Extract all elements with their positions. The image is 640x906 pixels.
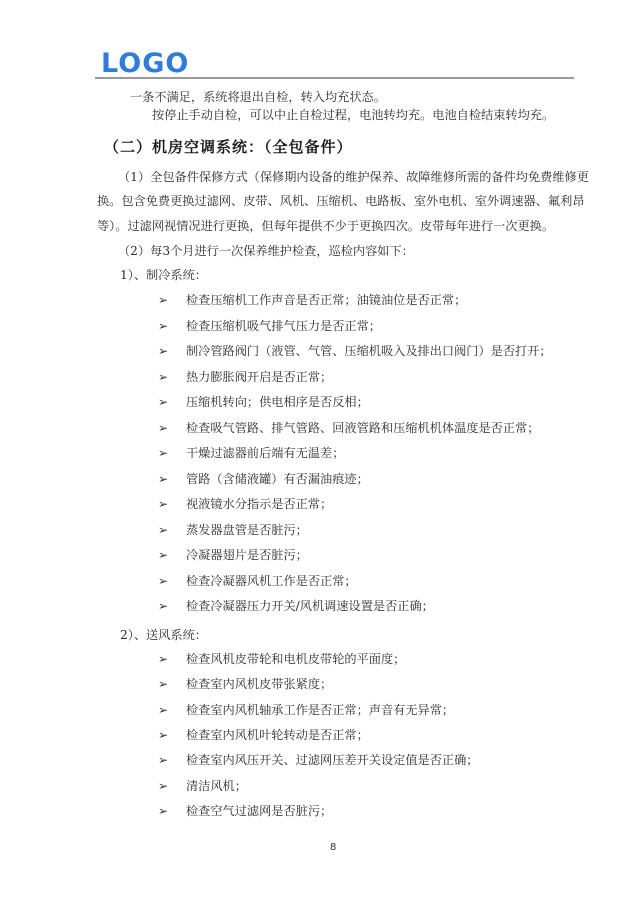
list-item: 制冷管路阀门（液管、气管、压缩机吸入及排出口阀门）是否打开； xyxy=(186,343,552,359)
bullet-arrow-icon: ➢ xyxy=(158,547,168,563)
header-rule xyxy=(95,77,574,79)
bullet-arrow-icon: ➢ xyxy=(158,676,168,692)
list-item: 压缩机转向；供电相序是否反相； xyxy=(186,394,369,410)
list-item: 检查室内风压开关、过滤网压差开关设定值是否正确； xyxy=(186,752,479,768)
paragraph: 按停止手动自检，可以中止自检过程，电池转均充。电池自检结束转均充。 xyxy=(152,107,554,123)
list-item: 热力膨胀阀开启是否正常； xyxy=(186,369,332,385)
bullet-arrow-icon: ➢ xyxy=(158,394,168,410)
list-item: 检查压缩机吸气排气压力是否正常； xyxy=(186,318,381,334)
list-item: 检查风机皮带轮和电机皮带轮的平面度； xyxy=(186,651,405,667)
list-item: 检查室内风机轴承工作是否正常；声音有无异常； xyxy=(186,702,454,718)
paragraph: （2）每3个月进行一次保养维护检查，巡检内容如下： xyxy=(118,243,414,259)
list-item: 检查室内风机皮带张紧度； xyxy=(186,676,332,692)
page-number: 8 xyxy=(330,842,336,853)
bullet-arrow-icon: ➢ xyxy=(158,343,168,359)
list-item: 检查冷凝器压力开关/风机调速设置是否正确； xyxy=(186,598,434,614)
paragraph: 一条不满足，系统将退出自检，转入均充状态。 xyxy=(130,89,386,105)
list-item: 检查室内风机叶轮转动是否正常； xyxy=(186,727,369,743)
list-item: 蒸发器盘管是否脏污； xyxy=(186,522,308,538)
bullet-arrow-icon: ➢ xyxy=(158,778,168,794)
paragraph: 换。包含免费更换过滤网、皮带、风机、压缩机、电路板、室外电机、室外调速器、氟利昂 xyxy=(97,193,585,209)
subsection-title: 2）、送风系统： xyxy=(120,627,207,643)
bullet-arrow-icon: ➢ xyxy=(158,803,168,819)
bullet-arrow-icon: ➢ xyxy=(158,522,168,538)
list-item: 检查空气过滤网是否脏污； xyxy=(186,803,332,819)
bullet-arrow-icon: ➢ xyxy=(158,369,168,385)
bullet-arrow-icon: ➢ xyxy=(158,420,168,436)
bullet-arrow-icon: ➢ xyxy=(158,651,168,667)
list-item: 检查压缩机工作声音是否正常；油镜油位是否正常； xyxy=(186,292,466,308)
bullet-arrow-icon: ➢ xyxy=(158,727,168,743)
bullet-arrow-icon: ➢ xyxy=(158,318,168,334)
list-item: 清洁风机； xyxy=(186,778,247,794)
list-item: 管路（含储液罐）有否漏油痕迹； xyxy=(186,471,369,487)
list-item: 干燥过滤器前后端有无温差； xyxy=(186,445,344,461)
list-item: 检查冷凝器风机工作是否正常； xyxy=(186,573,357,589)
bullet-arrow-icon: ➢ xyxy=(158,292,168,308)
bullet-arrow-icon: ➢ xyxy=(158,598,168,614)
bullet-arrow-icon: ➢ xyxy=(158,573,168,589)
bullet-arrow-icon: ➢ xyxy=(158,445,168,461)
bullet-arrow-icon: ➢ xyxy=(158,471,168,487)
bullet-arrow-icon: ➢ xyxy=(158,752,168,768)
logo: LOGO xyxy=(101,50,189,78)
list-item: 检查吸气管路、排气管路、回液管路和压缩机机体温度是否正常； xyxy=(186,420,539,436)
section-heading: （二）机房空调系统：（全包备件） xyxy=(104,136,353,157)
list-item: 视液镜水分指示是否正常； xyxy=(186,496,332,512)
list-item: 冷凝器翅片是否脏污； xyxy=(186,547,308,563)
subsection-title: 1）、制冷系统： xyxy=(120,267,207,283)
paragraph: 等）。过滤网视情况进行更换，但每年提供不少于更换四次。皮带每年进行一次更换。 xyxy=(97,218,554,234)
bullet-arrow-icon: ➢ xyxy=(158,496,168,512)
bullet-arrow-icon: ➢ xyxy=(158,702,168,718)
paragraph: （1）全包备件保修方式（保修期内设备的维护保养、故障维修所需的备件均免费维修更 xyxy=(118,169,589,185)
